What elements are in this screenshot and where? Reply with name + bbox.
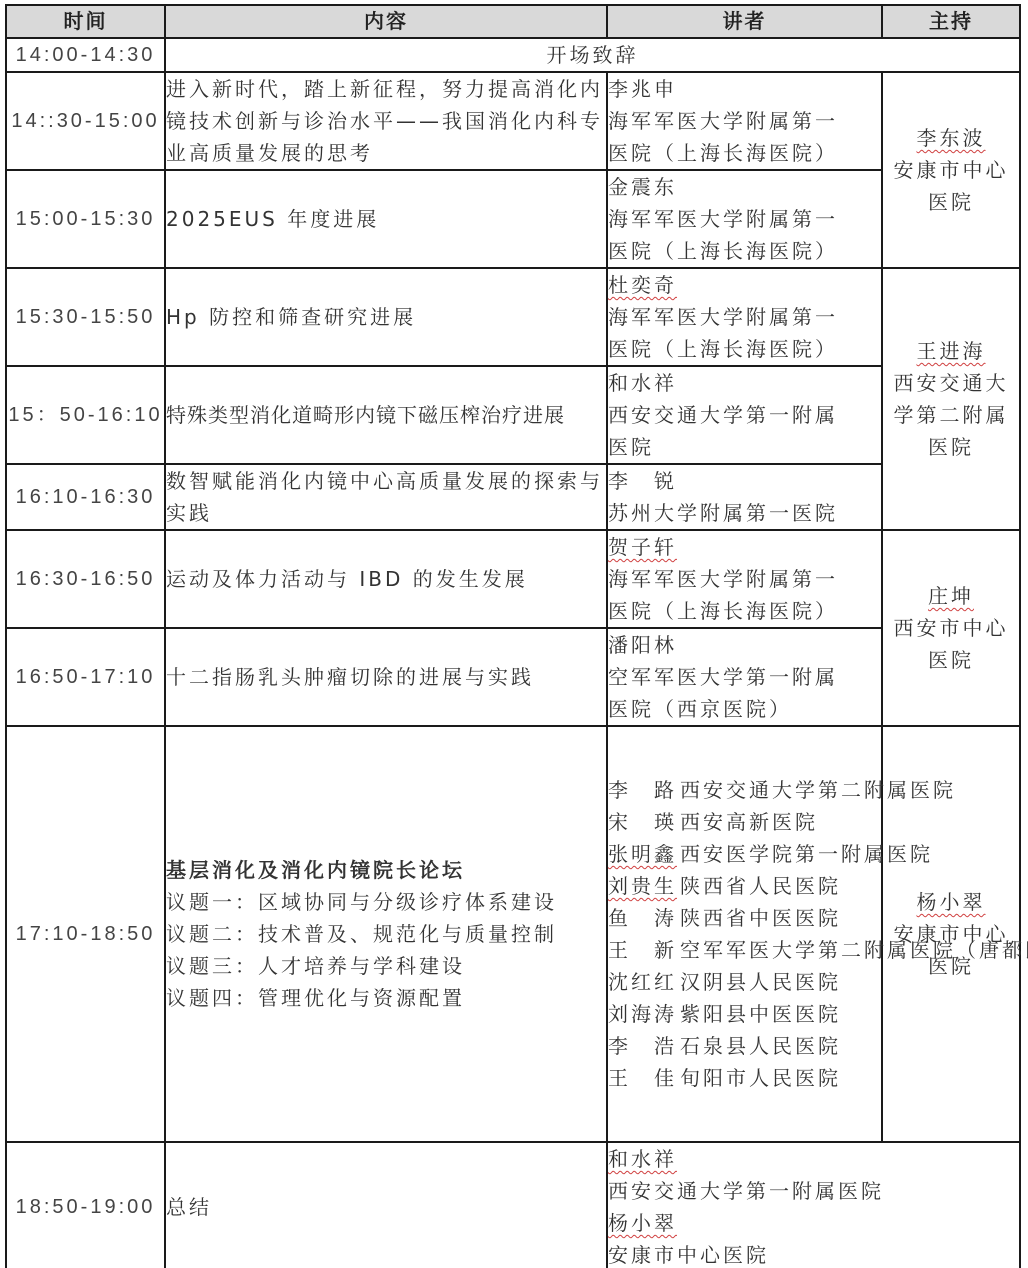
speaker-org: 空军军医大学第一附属医院（西京医院） bbox=[608, 661, 858, 725]
content-cell: 特殊类型消化道畸形内镜下磁压榨治疗进展 bbox=[165, 366, 607, 464]
host-org: 西安交通大学第二附属医院 bbox=[883, 367, 1019, 463]
host-org: 安康市中心医院 bbox=[883, 154, 1019, 218]
table-row: 16:50-17:10 十二指肠乳头肿瘤切除的进展与实践 潘阳林 空军军医大学第… bbox=[6, 628, 1020, 726]
speaker-name: 和水祥 bbox=[608, 367, 881, 399]
panelist: 王 佳旬阳市人民医院 bbox=[608, 1062, 881, 1094]
time-cell: 15:30-15:50 bbox=[6, 268, 165, 366]
panelist: 宋 瑛西安高新医院 bbox=[608, 806, 881, 838]
speaker-org: 海军军医大学附属第一医院（上海长海医院） bbox=[608, 301, 858, 365]
speaker-org: 苏州大学附属第一医院 bbox=[608, 497, 881, 529]
host-cell: 李东波 安康市中心医院 bbox=[882, 72, 1020, 268]
panelists-cell: 李 路西安交通大学第二附属医院 宋 瑛西安高新医院 张明鑫西安医学院第一附属医院… bbox=[607, 726, 882, 1142]
speaker-cell: 和水祥 西安交通大学第一附属医院 bbox=[607, 366, 882, 464]
speaker-org: 海军军医大学附属第一医院（上海长海医院） bbox=[608, 563, 858, 627]
table-row: 16:30-16:50 运动及体力活动与 IBD 的发生发展 贺子轩 海军军医大… bbox=[6, 530, 1020, 628]
speaker-org: 海军军医大学附属第一医院（上海长海医院） bbox=[608, 203, 858, 267]
speaker-cell: 李 锐 苏州大学附属第一医院 bbox=[607, 464, 882, 530]
speaker-name: 杜奕奇 bbox=[608, 273, 677, 297]
table-row-opening: 14:00-14:30 开场致辞 bbox=[6, 38, 1020, 72]
speaker-name: 李 锐 bbox=[608, 465, 881, 497]
time-cell: 17:10-18:50 bbox=[6, 726, 165, 1142]
content-cell: Hp 防控和筛查研究进展 bbox=[165, 268, 607, 366]
speaker-name: 潘阳林 bbox=[608, 629, 881, 661]
content-cell: 十二指肠乳头肿瘤切除的进展与实践 bbox=[165, 628, 607, 726]
host-name: 李东波 bbox=[917, 126, 986, 150]
time-cell: 15:00-15:30 bbox=[6, 170, 165, 268]
time-cell: 15：50-16:10 bbox=[6, 366, 165, 464]
time-cell: 16:30-16:50 bbox=[6, 530, 165, 628]
speaker-cell: 李兆申 海军军医大学附属第一医院（上海长海医院） bbox=[607, 72, 882, 170]
panelist: 鱼 涛陕西省中医医院 bbox=[608, 902, 881, 934]
header-row: 时间 内容 讲者 主持 bbox=[6, 5, 1020, 38]
speaker-name: 李兆申 bbox=[608, 73, 881, 105]
header-time: 时间 bbox=[6, 5, 165, 38]
speaker-name: 贺子轩 bbox=[608, 535, 677, 559]
speaker-name: 和水祥 bbox=[608, 1143, 1019, 1175]
panelist: 沈红红汉阴县人民医院 bbox=[608, 966, 881, 998]
panelist: 张明鑫西安医学院第一附属医院 bbox=[608, 838, 881, 870]
panelist: 李 路西安交通大学第二附属医院 bbox=[608, 774, 881, 806]
table-row: 15:00-15:30 2025EUS 年度进展 金震东 海军军医大学附属第一医… bbox=[6, 170, 1020, 268]
panelist: 李 浩石泉县人民医院 bbox=[608, 1030, 881, 1062]
speaker-org: 海军军医大学附属第一医院（上海长海医院） bbox=[608, 105, 858, 169]
host-name: 庄坤 bbox=[928, 584, 974, 608]
table-row: 15：50-16:10 特殊类型消化道畸形内镜下磁压榨治疗进展 和水祥 西安交通… bbox=[6, 366, 1020, 464]
forum-topic: 议题一：区域协同与分级诊疗体系建设 bbox=[166, 886, 606, 918]
host-cell: 王进海 西安交通大学第二附属医院 bbox=[882, 268, 1020, 530]
content-cell: 开场致辞 bbox=[165, 38, 1020, 72]
panelist: 刘贵生陕西省人民医院 bbox=[608, 870, 881, 902]
content-cell: 进入新时代，踏上新征程，努力提高消化内镜技术创新与诊治水平——我国消化内科专业高… bbox=[165, 72, 607, 170]
table-row-closing: 18:50-19:00 总结 和水祥 西安交通大学第一附属医院 杨小翠 安康市中… bbox=[6, 1142, 1020, 1268]
panelist: 刘海涛紫阳县中医医院 bbox=[608, 998, 881, 1030]
content-cell: 总结 bbox=[165, 1142, 607, 1268]
forum-title: 基层消化及消化内镜院长论坛 bbox=[166, 854, 606, 886]
header-host: 主持 bbox=[882, 5, 1020, 38]
host-cell: 庄坤 西安市中心医院 bbox=[882, 530, 1020, 726]
forum-topic: 议题二：技术普及、规范化与质量控制 bbox=[166, 918, 606, 950]
speaker-cell: 贺子轩 海军军医大学附属第一医院（上海长海医院） bbox=[607, 530, 882, 628]
speaker-org: 西安交通大学第一附属医院 bbox=[608, 399, 858, 463]
table-row: 15:30-15:50 Hp 防控和筛查研究进展 杜奕奇 海军军医大学附属第一医… bbox=[6, 268, 1020, 366]
speaker-org: 安康市中心医院 bbox=[608, 1239, 1019, 1268]
content-cell: 2025EUS 年度进展 bbox=[165, 170, 607, 268]
speaker-name: 金震东 bbox=[608, 171, 881, 203]
header-speaker: 讲者 bbox=[607, 5, 882, 38]
content-cell: 运动及体力活动与 IBD 的发生发展 bbox=[165, 530, 607, 628]
content-cell: 数智赋能消化内镜中心高质量发展的探索与实践 bbox=[165, 464, 607, 530]
speaker-org: 西安交通大学第一附属医院 bbox=[608, 1175, 1019, 1207]
speaker-cell: 金震东 海军军医大学附属第一医院（上海长海医院） bbox=[607, 170, 882, 268]
time-cell: 14:00-14:30 bbox=[6, 38, 165, 72]
speaker-cell: 潘阳林 空军军医大学第一附属医院（西京医院） bbox=[607, 628, 882, 726]
host-name: 杨小翠 bbox=[917, 890, 986, 914]
table-row: 16:10-16:30 数智赋能消化内镜中心高质量发展的探索与实践 李 锐 苏州… bbox=[6, 464, 1020, 530]
forum-topic: 议题三：人才培养与学科建设 bbox=[166, 950, 606, 982]
time-cell: 14::30-15:00 bbox=[6, 72, 165, 170]
header-content: 内容 bbox=[165, 5, 607, 38]
table-row-forum: 17:10-18:50 基层消化及消化内镜院长论坛 议题一：区域协同与分级诊疗体… bbox=[6, 726, 1020, 1142]
time-cell: 18:50-19:00 bbox=[6, 1142, 165, 1268]
time-cell: 16:50-17:10 bbox=[6, 628, 165, 726]
time-cell: 16:10-16:30 bbox=[6, 464, 165, 530]
speaker-cell: 和水祥 西安交通大学第一附属医院 杨小翠 安康市中心医院 bbox=[607, 1142, 1020, 1268]
panelist: 王 新空军军医大学第二附属医院（唐都医院） bbox=[608, 934, 881, 966]
table-row: 14::30-15:00 进入新时代，踏上新征程，努力提高消化内镜技术创新与诊治… bbox=[6, 72, 1020, 170]
forum-content-cell: 基层消化及消化内镜院长论坛 议题一：区域协同与分级诊疗体系建设 议题二：技术普及… bbox=[165, 726, 607, 1142]
host-org: 西安市中心医院 bbox=[883, 612, 1019, 676]
host-name: 王进海 bbox=[917, 339, 986, 363]
speaker-cell: 杜奕奇 海军军医大学附属第一医院（上海长海医院） bbox=[607, 268, 882, 366]
speaker-name: 杨小翠 bbox=[608, 1207, 1019, 1239]
forum-topic: 议题四：管理优化与资源配置 bbox=[166, 982, 606, 1014]
agenda-table: 时间 内容 讲者 主持 14:00-14:30 开场致辞 14::30-15:0… bbox=[5, 4, 1021, 1268]
